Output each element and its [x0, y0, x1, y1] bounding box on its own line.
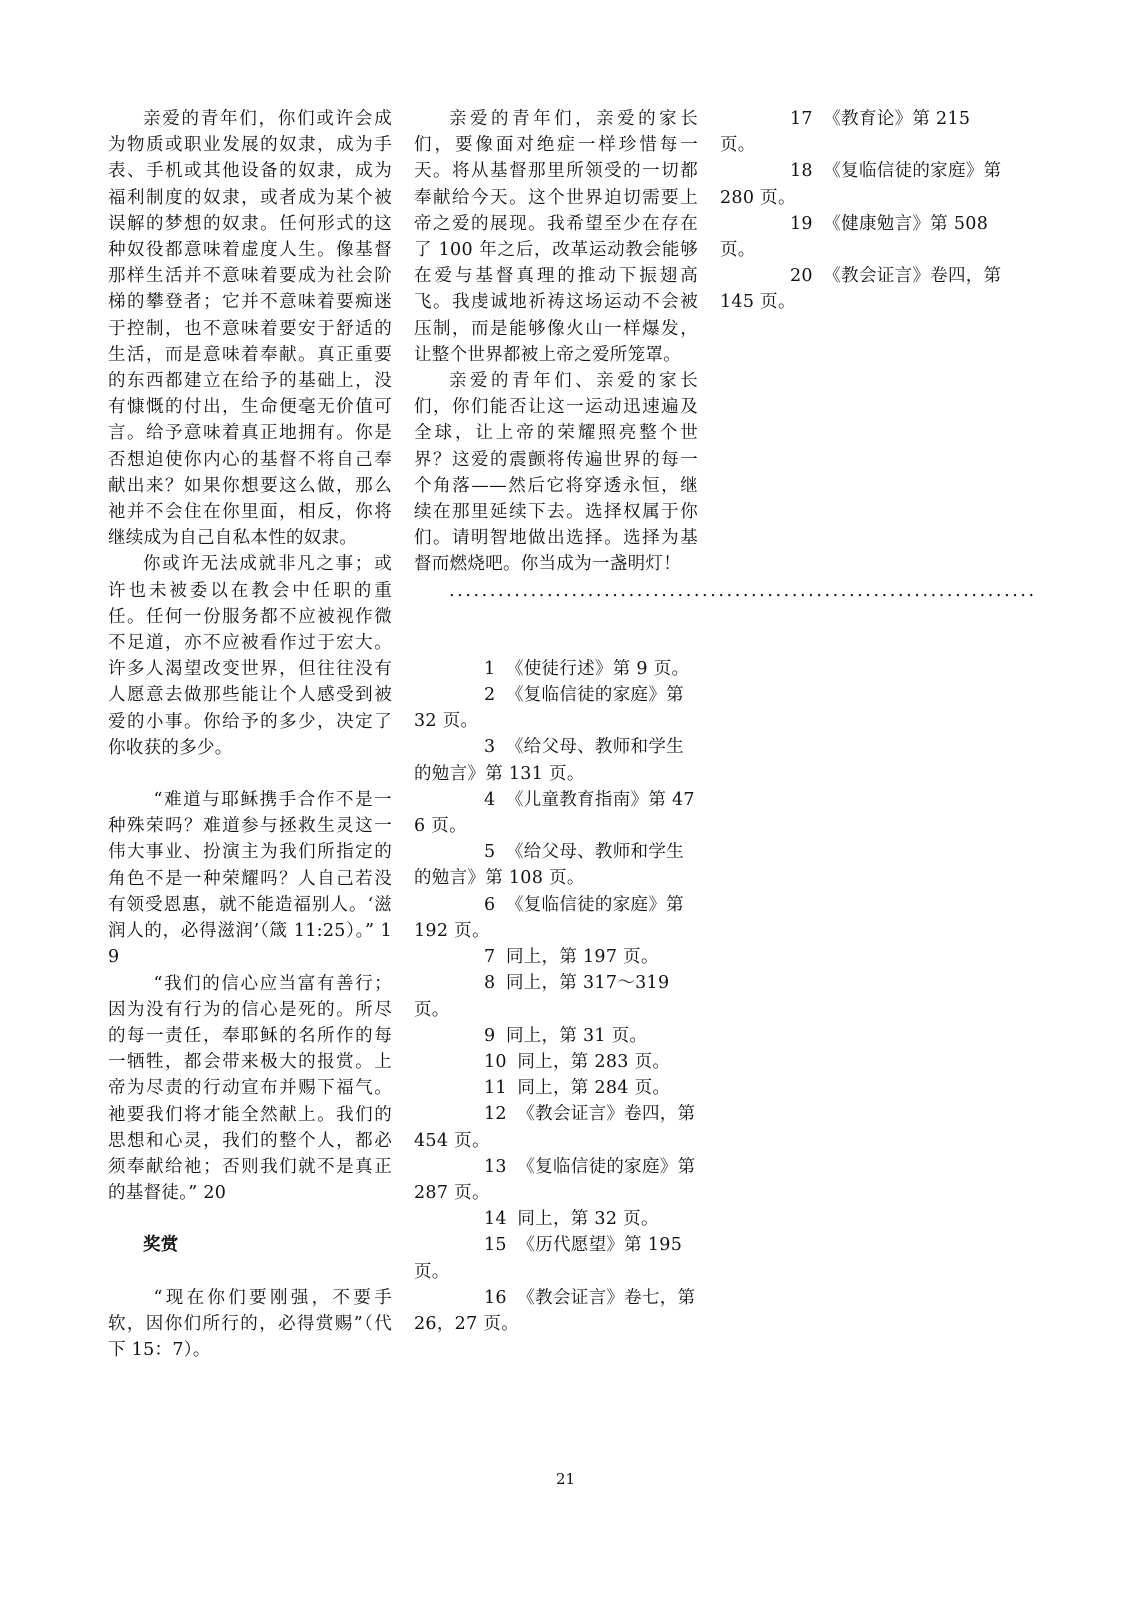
spacer — [108, 1259, 392, 1285]
footnote-text: 同上，第 32 页。 — [517, 1209, 658, 1229]
footnote-number: 7 — [449, 944, 495, 970]
dotted-separator: ........................................… — [414, 578, 698, 604]
footnote-number: 2 — [449, 682, 495, 708]
footnote-number: 8 — [449, 970, 495, 996]
footnote: 12《教会证言》卷四，第 454 页。 — [414, 1101, 698, 1153]
spacer — [108, 761, 392, 787]
footnote-number: 15 — [449, 1232, 507, 1258]
paragraph: 亲爱的青年们，你们或许会成为物质或职业发展的奴隶，成为手表、手机或其他设备的奴隶… — [108, 106, 392, 551]
footnote-text: 同上，第 197 页。 — [506, 947, 659, 967]
paragraph: 亲爱的青年们、亲爱的家长们，你们能否让这一运动迅速遍及全球，让上帝的荣耀照亮整个… — [414, 368, 698, 578]
footnote: 2《复临信徒的家庭》第 32 页。 — [414, 682, 698, 734]
footnote-number: 13 — [449, 1154, 507, 1180]
footnote: 4《儿童教育指南》第 476 页。 — [414, 787, 698, 839]
page-number: 21 — [0, 1470, 1131, 1488]
footnote-number: 11 — [449, 1075, 507, 1101]
section-heading: 奖赏 — [108, 1232, 392, 1258]
footnote-number: 1 — [449, 656, 495, 682]
spacer — [108, 1206, 392, 1232]
left-column: 亲爱的青年们，你们或许会成为物质或职业发展的奴隶，成为手表、手机或其他设备的奴隶… — [108, 106, 392, 1363]
footnote: 8同上，第 317～319 页。 — [414, 970, 698, 1022]
footnote-number: 10 — [449, 1049, 507, 1075]
footnote: 16《教会证言》卷七，第 26，27 页。 — [414, 1285, 698, 1337]
footnote-number: 9 — [449, 1023, 495, 1049]
footnote-text: 同上，第 31 页。 — [506, 1026, 647, 1046]
footnote-number: 4 — [449, 787, 495, 813]
footnote-list: 1《使徒行述》第 9 页。 2《复临信徒的家庭》第 32 页。 3《给父母、教师… — [414, 656, 698, 1337]
footnote-number: 18 — [755, 158, 813, 184]
footnote-number: 17 — [755, 106, 813, 132]
footnote-number: 20 — [755, 263, 813, 289]
quote-paragraph: “难道与耶稣携手合作不是一种殊荣吗？难道参与拯救生灵这一伟大事业、扮演主为我们所… — [108, 787, 392, 970]
spacer — [414, 604, 698, 630]
footnote-text: 《使徒行述》第 9 页。 — [506, 659, 689, 679]
footnote-number: 3 — [449, 734, 495, 760]
footnote: 9同上，第 31 页。 — [414, 1023, 698, 1049]
quote-paragraph: “我们的信心应当富有善行；因为没有行为的信心是死的。所尽的每一责任，奉耶稣的名所… — [108, 971, 392, 1207]
footnote-number: 16 — [449, 1285, 507, 1311]
spacer — [414, 630, 698, 656]
footnote-number: 5 — [449, 839, 495, 865]
footnote: 18《复临信徒的家庭》第 280 页。 — [720, 158, 1004, 210]
quote-paragraph: “现在你们要刚强，不要手软，因你们所行的，必得赏赐”（代下 15：7）。 — [108, 1285, 392, 1364]
footnote-number: 6 — [449, 892, 495, 918]
footnote-list: 17《教育论》第 215 页。 18《复临信徒的家庭》第 280 页。 19《健… — [720, 106, 1004, 316]
middle-column: 亲爱的青年们，亲爱的家长们，要像面对绝症一样珍惜每一天。将从基督那里所领受的一切… — [414, 106, 698, 1337]
footnote: 13《复临信徒的家庭》第 287 页。 — [414, 1154, 698, 1206]
footnote: 14同上，第 32 页。 — [414, 1206, 698, 1232]
footnote-number: 14 — [449, 1206, 507, 1232]
footnote: 20《教会证言》卷四，第 145 页。 — [720, 263, 1004, 315]
footnote: 17《教育论》第 215 页。 — [720, 106, 1004, 158]
paragraph: 你或许无法成就非凡之事；或许也未被委以在教会中任职的重任。任何一份服务都不应被视… — [108, 551, 392, 761]
right-column: 17《教育论》第 215 页。 18《复临信徒的家庭》第 280 页。 19《健… — [720, 106, 1004, 316]
footnote: 7同上，第 197 页。 — [414, 944, 698, 970]
footnote: 5《给父母、教师和学生的勉言》第 108 页。 — [414, 839, 698, 891]
footnote: 11同上，第 284 页。 — [414, 1075, 698, 1101]
footnote: 15《历代愿望》第 195 页。 — [414, 1232, 698, 1284]
footnote-text: 同上，第 283 页。 — [517, 1052, 670, 1072]
footnote-number: 12 — [449, 1101, 507, 1127]
footnote: 10同上，第 283 页。 — [414, 1049, 698, 1075]
paragraph: 亲爱的青年们，亲爱的家长们，要像面对绝症一样珍惜每一天。将从基督那里所领受的一切… — [414, 106, 698, 368]
footnote: 6《复临信徒的家庭》第 192 页。 — [414, 892, 698, 944]
footnote: 1《使徒行述》第 9 页。 — [414, 656, 698, 682]
footnote-number: 19 — [755, 211, 813, 237]
footnote-text: 同上，第 284 页。 — [517, 1078, 670, 1098]
footnote: 19《健康勉言》第 508 页。 — [720, 211, 1004, 263]
footnote: 3《给父母、教师和学生的勉言》第 131 页。 — [414, 734, 698, 786]
